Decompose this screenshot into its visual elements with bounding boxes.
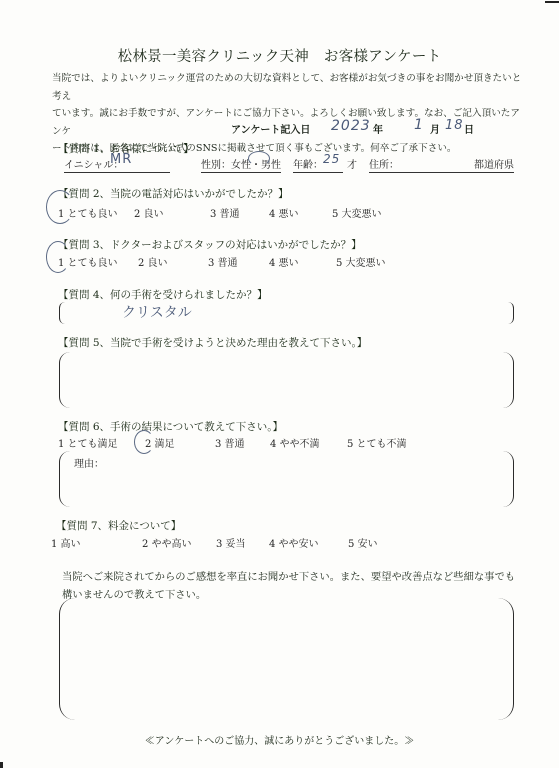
- q6-reason-box[interactable]: [59, 451, 514, 507]
- q3-options: 1 とても良い 2 良い 3 普通 4 悪い 5 大変悪い: [58, 254, 518, 268]
- q6-option-4[interactable]: 4 やや不満: [270, 435, 320, 450]
- q2-option-2[interactable]: 2 良い: [134, 205, 164, 220]
- address-label: 住所：: [369, 160, 399, 171]
- q6-reason-label: 理由：: [74, 455, 104, 470]
- q6-option-3[interactable]: 3 普通: [215, 435, 245, 450]
- q3-heading: 【質問 3、ドクターおよびスタッフの対応はいかがでしたか？】: [58, 237, 362, 252]
- q2-option-5[interactable]: 5 大変悪い: [332, 205, 382, 220]
- q2-option-4[interactable]: 4 悪い: [269, 205, 299, 220]
- q7-options: 1 高い 2 やや高い 3 妥当 4 やや安い 5 安い: [51, 535, 521, 549]
- survey-date-label: アンケート記入日: [231, 121, 310, 136]
- q7-option-5[interactable]: 5 安い: [348, 535, 378, 550]
- survey-title: 松林景一美容クリニック天神 お客様アンケート: [0, 45, 559, 66]
- year-unit: 年: [373, 121, 383, 136]
- q3-option-5[interactable]: 5 大変悪い: [336, 254, 386, 269]
- q5-answer-box[interactable]: [59, 352, 514, 408]
- q7-option-2[interactable]: 2 やや高い: [142, 535, 192, 550]
- address-suffix: 都道府県: [474, 156, 514, 171]
- age-value: 25: [323, 152, 340, 166]
- q4-answer-text: クリスタル: [122, 302, 192, 322]
- q2-heading: 【質問 2、当院の電話対応はいかがでしたか？】: [58, 186, 289, 201]
- scan-edge-mark: [0, 762, 3, 768]
- scan-edge-mark: [545, 1, 559, 3]
- survey-year-field[interactable]: 2023: [331, 118, 371, 134]
- survey-day-field[interactable]: 18: [445, 118, 464, 133]
- q6-option-1[interactable]: 1 とても満足: [58, 435, 118, 450]
- month-unit: 月: [430, 121, 440, 136]
- q2-option-3[interactable]: 3 普通: [210, 205, 240, 220]
- intro-line: 当院では、よりよいクリニック運営のための大切な資料として、お客様がお気づきの事を…: [52, 70, 522, 105]
- q7-heading: 【質問 7、料金について】: [56, 518, 181, 533]
- q2-options: 1 とても良い 2 良い 3 普通 4 悪い 5 大変悪い: [58, 205, 518, 219]
- selection-circle-mark: [248, 151, 270, 166]
- feedback-answer-box[interactable]: [59, 598, 514, 720]
- q5-heading: 【質問 5、当院で手術を受けようと決めた理由を教えて下さい。】: [58, 335, 367, 350]
- q6-option-5[interactable]: 5 とても不満: [347, 435, 407, 450]
- gender-option-female[interactable]: 女性: [231, 160, 251, 171]
- age-unit: 才: [347, 156, 357, 171]
- age-label: 年齢：: [293, 160, 323, 171]
- initials-field[interactable]: イニシャル： MR: [64, 156, 170, 173]
- survey-month-field[interactable]: 1: [414, 117, 424, 133]
- day-unit: 日: [464, 121, 474, 136]
- q3-option-2[interactable]: 2 良い: [138, 254, 168, 269]
- q4-heading: 【質問 4、何の手術を受けられましたか？】: [58, 287, 268, 302]
- feedback-prompt-line: 当院へご来院されてからのご感想を率直にお聞かせ下さい。また、要望や改善点など些細…: [62, 568, 522, 586]
- selection-circle-mark: [46, 190, 74, 224]
- selection-circle-mark: [46, 241, 70, 273]
- initials-value: MR: [110, 152, 132, 167]
- q7-option-1[interactable]: 1 高い: [51, 535, 81, 550]
- age-field[interactable]: 年齢： 25: [293, 156, 343, 173]
- q6-options: 1 とても満足 2 満足 3 普通 4 やや不満 5 とても不満: [58, 435, 518, 449]
- q6-heading: 【質問 6、手術の結果について教えて下さい。】: [58, 419, 283, 434]
- q7-option-3[interactable]: 3 妥当: [216, 535, 246, 550]
- q1-customer-info: イニシャル： MR 性別：女性・男性 年齢： 25 才 住所： 都道府県: [64, 156, 524, 172]
- q7-option-4[interactable]: 4 やや安い: [269, 535, 319, 550]
- address-field[interactable]: 住所： 都道府県: [369, 156, 514, 173]
- gender-label: 性別：: [201, 160, 231, 171]
- q3-option-4[interactable]: 4 悪い: [269, 254, 299, 269]
- closing-message: ≪アンケートへのご協力、誠にありがとうございました。≫: [0, 732, 559, 747]
- q3-option-3[interactable]: 3 普通: [208, 254, 238, 269]
